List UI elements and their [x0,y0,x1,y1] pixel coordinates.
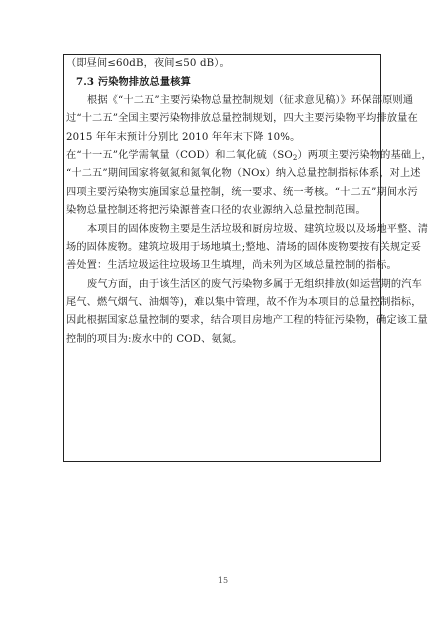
text-line: 尾气、燃气烟气、油烟等)，难以集中管理，故不作为本项目的总量控制指标， [66,294,378,312]
text-line: 根据《“十二五”主要污染物总量控制规划（征求意见稿）》环保部原则通 [66,92,378,110]
paragraph-exhaust: 废气方面，由于该生活区的废气污染物多属于无组织排放(如运营期的汽车 尾气、燃气烟… [66,276,378,350]
text-line: 染物总量控制还将把污染源普查口径的农业源纳入总量控制范围。 [66,202,378,220]
text-line: 善处置：生活垃圾运往垃圾场卫生填埋，尚未列为区域总量控制的指标。 [66,257,378,275]
text-line: 因此根据国家总量控制的要求，结合项目房地产工程的特征污染物，确定该工量 [66,312,378,330]
text-fragment: ）两项主要污染物的基础上， [297,150,431,161]
paragraph-cod-so2: 在“十一五”化学需氧量（COD）和二氧化硫（SO2）两项主要污染物的基础上， “… [66,147,378,221]
text-line: 2015 年年末预计分别比 2010 年年末下降 10%。 [66,129,378,147]
document-page: （即昼间≤60dB，夜间≤50 dB）。 7.3 污染物排放总量核算 根据《“十… [0,0,446,630]
section-heading: 7.3 污染物排放总量核算 [66,73,378,91]
text-line: 四项主要污染物实施国家总量控制，统一要求、统一考核。“十二五”期间水污 [66,184,378,202]
text-line: 废气方面，由于该生活区的废气污染物多属于无组织排放(如运营期的汽车 [66,276,378,294]
text-line: 控制的项目为:废水中的 COD、氨氮。 [66,331,378,349]
text-line: 过“十二五”全国主要污染物排放总量控制规划，四大主要污染物平均排放量在 [66,110,378,128]
text-line: 场的固体废物。建筑垃圾用于场地填土;整地、清场的固体废物要按有关规定妥 [66,239,378,257]
text-line: “十二五”期间国家将氨氮和氮氧化物（NOx）纳入总量控制指标体系，对上述 [66,165,378,183]
document-body: （即昼间≤60dB，夜间≤50 dB）。 7.3 污染物排放总量核算 根据《“十… [66,55,378,349]
paragraph-emission-plan: 根据《“十二五”主要污染物总量控制规划（征求意见稿）》环保部原则通 过“十二五”… [66,92,378,147]
noise-limit-line: （即昼间≤60dB，夜间≤50 dB）。 [66,55,378,73]
paragraph-solid-waste: 本项目的固体废物主要是生活垃圾和厨房垃圾、建筑垃圾以及场地平整、清 场的固体废物… [66,221,378,276]
text-line: 在“十一五”化学需氧量（COD）和二氧化硫（SO2）两项主要污染物的基础上， [66,147,378,165]
text-line: 本项目的固体废物主要是生活垃圾和厨房垃圾、建筑垃圾以及场地平整、清 [66,221,378,239]
page-number: 15 [0,576,446,585]
text-fragment: 在“十一五”化学需氧量（COD）和二氧化硫（SO [66,150,293,161]
